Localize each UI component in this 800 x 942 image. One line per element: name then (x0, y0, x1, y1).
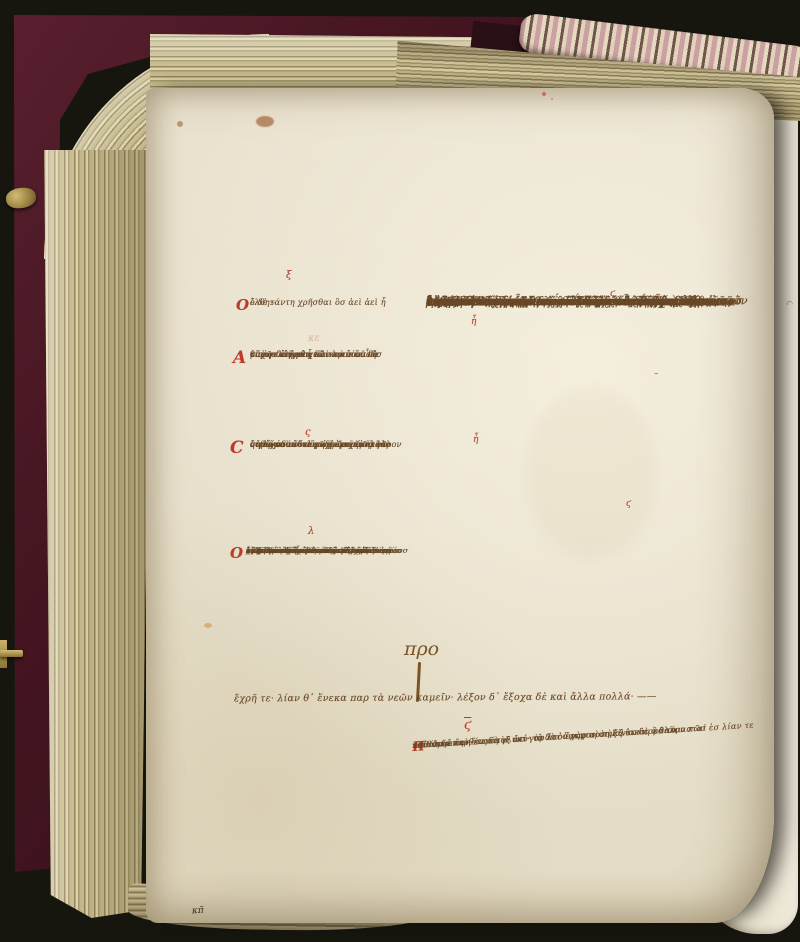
parchment-discoloration (526, 388, 656, 558)
scholion-ornament: ς (305, 427, 311, 438)
scholion-line: ἐκεῖνα:- (246, 546, 279, 559)
ink-stain (256, 116, 274, 127)
interlinear-mark: ἦ (473, 436, 478, 445)
section-number: ϛ (464, 718, 471, 733)
scholion-initial: Ο (236, 298, 249, 313)
clasp-pin (0, 640, 7, 668)
interlinear-mark: ἦ (471, 318, 476, 327)
interlinear-mark: ϛ (610, 290, 615, 299)
manuscript-photo: ϛ ξ Ο ὁ δὲ τάντη χρῆσθαι ὃσ ἀεὶ ἀεὶ ἦἔλθ… (0, 0, 800, 942)
scholion-line: ἔλθη:- (250, 298, 276, 314)
verse-line: τόν ῥ᾽ υἱὸσ τελαμῶνοσ ὑπ᾽ οὔατοσ ἔγχεϊ μ… (426, 293, 742, 317)
footer-scholion-line: ἔχρῆ τε· λίαν θ᾽ ἕνεκα παρ τὰ νεῶν καμεῖ… (234, 691, 794, 705)
scholion-ornament: ξ (286, 270, 292, 281)
interlinear-mark: ϛ (626, 500, 631, 509)
parchment-page: ξ Ο ὁ δὲ τάντη χρῆσθαι ὃσ ἀεὶ ἀεὶ ἦἔλθη:… (146, 88, 774, 923)
scholion-initial: C (230, 440, 244, 457)
scholion-line: οὕτωσ ἐλήφθη:- (250, 350, 316, 364)
ink-stain (542, 92, 546, 96)
ink-stain (177, 121, 183, 127)
scholion-ornament: κε (308, 333, 320, 344)
scholion-ornament: λ (308, 526, 314, 537)
interlinear-mark: ῀ (653, 374, 658, 383)
quire-signature: κπ̃ (192, 906, 204, 917)
scholion-line: νοοῦνται:- (250, 440, 295, 453)
ink-stain (204, 623, 212, 628)
catchword: προ (404, 638, 439, 660)
scholion-initial: Α (233, 350, 246, 367)
scholion-line: τῷ θάρσει: —— (412, 736, 480, 758)
page-edges-left (42, 150, 152, 918)
scholion-initial: Ο (230, 546, 243, 561)
